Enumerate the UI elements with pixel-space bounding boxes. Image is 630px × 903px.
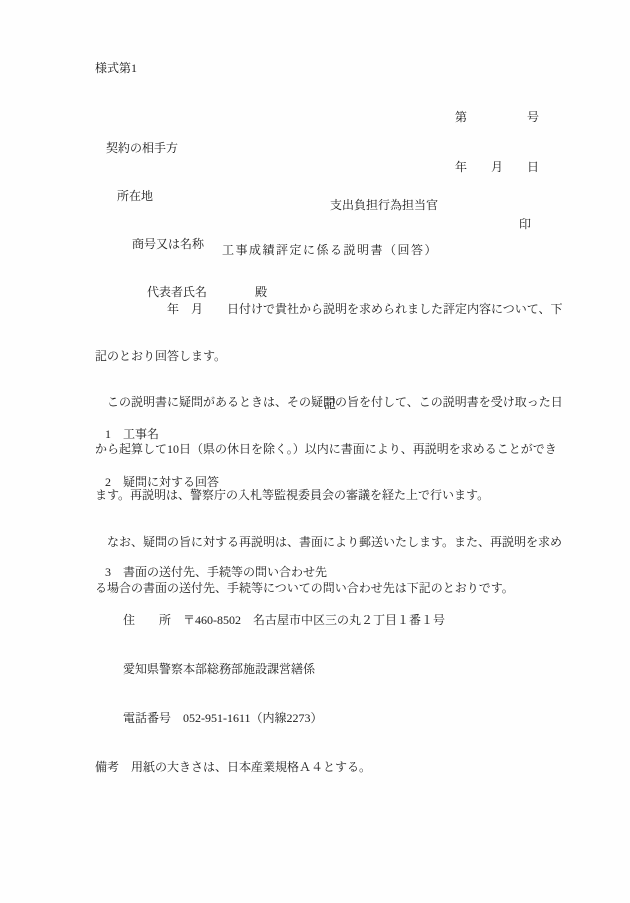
document-page: 様式第1 第 号 年 月 日 契約の相手方 所在地 商号又は名称 代表者氏名 殿…: [0, 0, 630, 903]
document-title: 工事成績評定に係る説明書（回答）: [95, 242, 565, 258]
body-line: から起算して10日（県の休日を除く。）以内に書面により、再説明を求めることができ: [95, 442, 580, 458]
body-line: ます。再説明は、警察庁の入札等監視委員会の審議を経た上で行います。: [95, 488, 580, 504]
addressee-location: 所在地: [95, 188, 267, 204]
item-1-construction-name: 1 工事名: [95, 426, 159, 442]
seal-placeholder: 印: [519, 216, 531, 232]
contact-department-line: 愛知県警察本部総務部施設課営繕係: [95, 661, 595, 677]
body-line: 記のとおり回答します。: [95, 349, 580, 365]
remarks-line: 備考 用紙の大きさは、日本産業規格Ａ４とする。: [95, 759, 595, 775]
addressee-contract-party: 契約の相手方: [95, 140, 267, 156]
issuer-title: 支出負担行為担当官: [330, 197, 438, 213]
document-date-line: 年 月 日: [455, 159, 539, 176]
item-3-contact-section: 3 書面の送付先、手続等の問い合わせ先 住 所 〒460-8502 名古屋市中区…: [95, 531, 595, 808]
contact-address-line: 住 所 〒460-8502 名古屋市中区三の丸２丁目１番１号: [95, 612, 595, 628]
body-line: 年 月 日付けで貴社から説明を求められました評定内容について、下: [95, 302, 580, 318]
document-number-line: 第 号: [455, 109, 539, 126]
item-3-heading: 3 書面の送付先、手続等の問い合わせ先: [95, 564, 595, 580]
contact-phone-line: 電話番号 052-951-1611（内線2273）: [95, 710, 595, 726]
form-number-label: 様式第1: [95, 60, 137, 76]
item-2-answer-to-question: 2 疑問に対する回答: [95, 474, 219, 490]
document-number-date-block: 第 号 年 月 日: [455, 76, 539, 208]
ki-heading: 記: [95, 396, 565, 412]
